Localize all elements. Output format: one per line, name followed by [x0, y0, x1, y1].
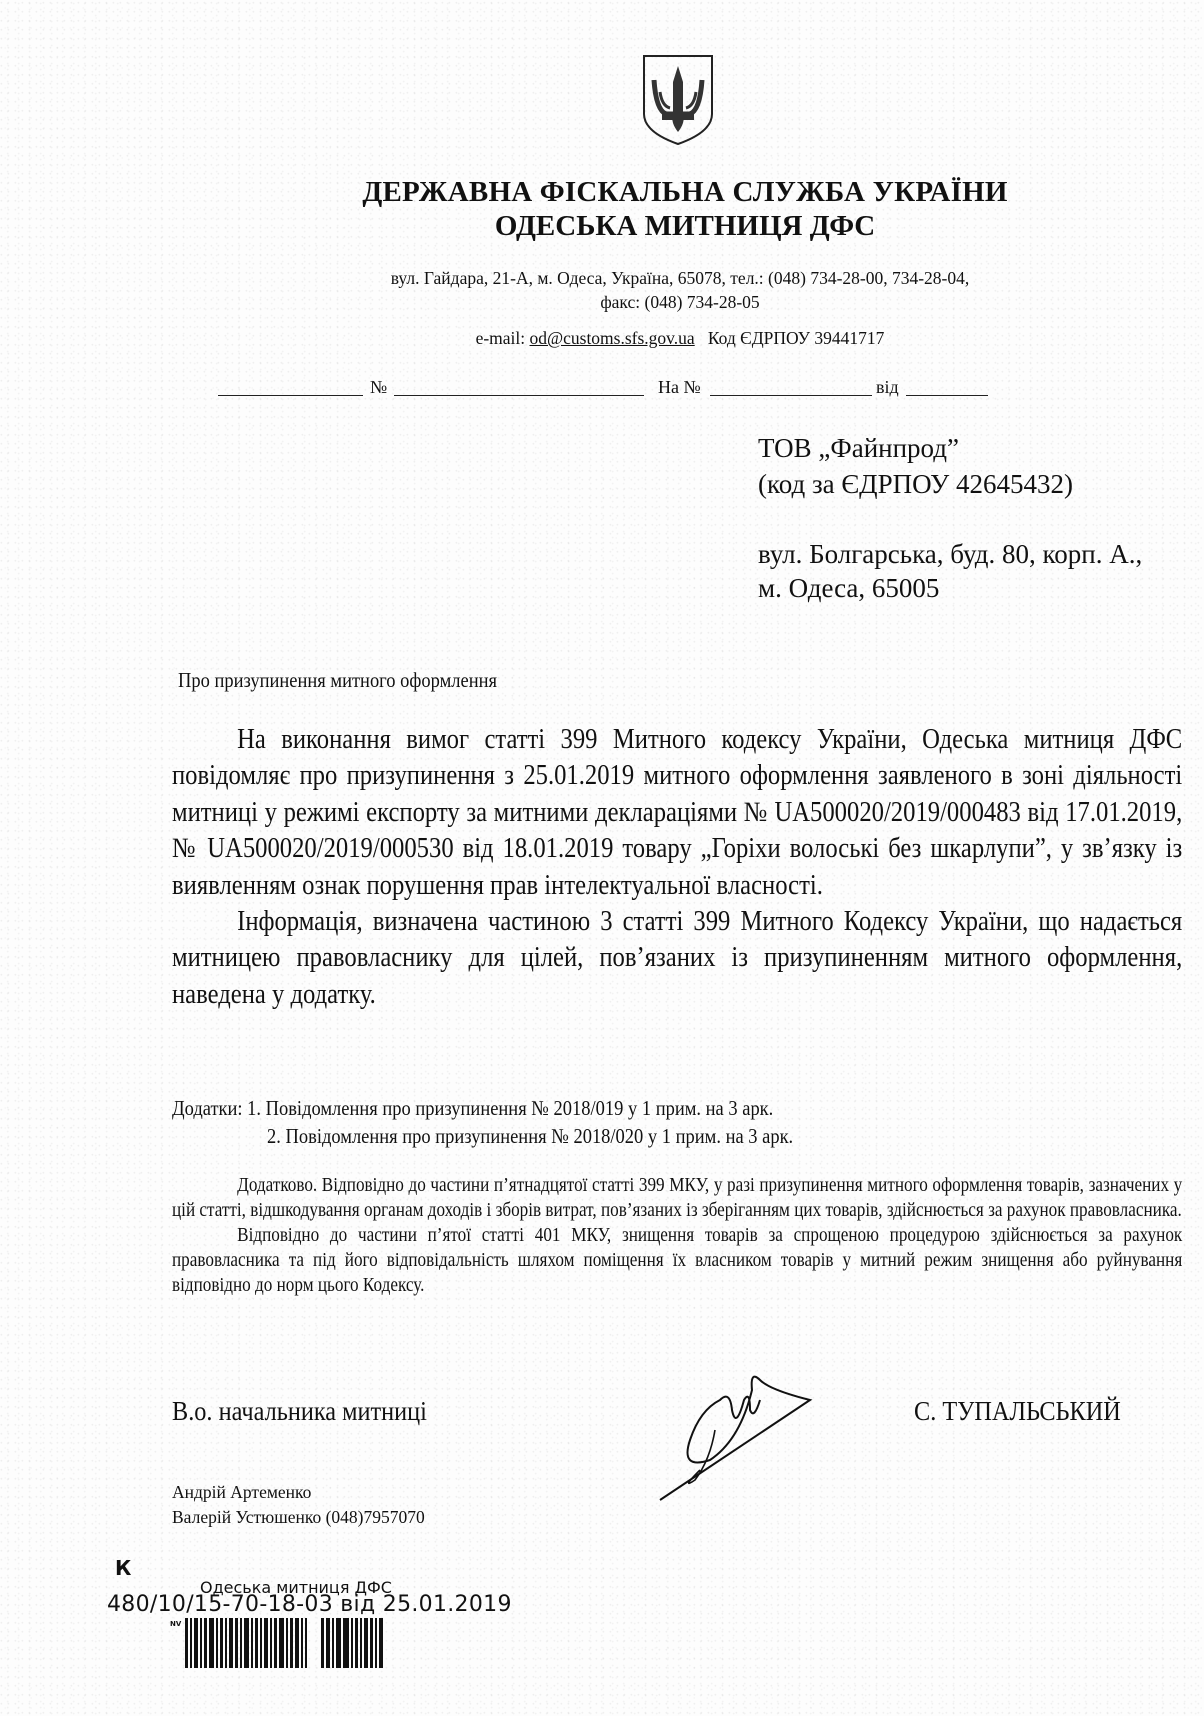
outgoing-number-blank [394, 395, 644, 396]
reference-line: № На № від [218, 374, 988, 402]
email-label: e-mail: [476, 328, 526, 348]
executors: Андрій Артеменко Валерій Устюшенко (048)… [172, 1480, 425, 1530]
recipient-block: ТОВ „Файнпрод” (код за ЄДРПОУ 42645432) [758, 430, 1073, 502]
handwritten-signature-icon [640, 1360, 820, 1510]
note-paragraph-1: Додатково. Відповідно до частини п’ятнад… [172, 1173, 1182, 1223]
ukraine-coat-of-arms-icon [640, 52, 716, 146]
org-fax-line: факс: (048) 734-28-05 [300, 292, 1060, 313]
executor-2: Валерій Устюшенко (048)7957070 [172, 1505, 425, 1530]
stamp-small-label: NV [170, 1620, 181, 1628]
recipient-address: вул. Болгарська, буд. 80, корп. А., м. О… [758, 537, 1142, 605]
additional-note: Додатково. Відповідно до частини п’ятнад… [172, 1173, 1182, 1298]
recipient-name: ТОВ „Файнпрод” [758, 430, 1073, 466]
outgoing-date-blank [218, 395, 363, 396]
attachments-label: Додатки: [172, 1096, 243, 1120]
recipient-address-line2: м. Одеса, 65005 [758, 571, 1142, 605]
org-title-line2: ОДЕСЬКА МИТНИЦЯ ДФС [340, 210, 1030, 243]
org-contact-line: e-mail: od@customs.sfs.gov.ua Код ЄДРПОУ… [300, 328, 1060, 349]
attachment-item-1: Додатки: 1. Повідомлення про призупиненн… [172, 1094, 793, 1122]
registration-number: 480/10/15-70-18-03 від 25.01.2019 [107, 1592, 512, 1617]
recipient-address-line1: вул. Болгарська, буд. 80, корп. А., [758, 537, 1142, 571]
body-paragraph-1: На виконання вимог статті 399 Митного ко… [172, 722, 1182, 904]
letter-body: На виконання вимог статті 399 Митного ко… [172, 722, 1182, 1013]
org-title-line1: ДЕРЖАВНА ФІСКАЛЬНА СЛУЖБА УКРАЇНИ [340, 176, 1030, 209]
recipient-code: (код за ЄДРПОУ 42645432) [758, 466, 1073, 502]
letter-subject: Про призупинення митного оформлення [178, 668, 497, 693]
barcode [185, 1618, 481, 1668]
note-paragraph-2: Відповідно до частини п’ятої статті 401 … [172, 1223, 1182, 1298]
attachments-list: Додатки: 1. Повідомлення про призупиненн… [172, 1094, 878, 1150]
reply-number-blank [710, 395, 872, 396]
control-mark: К [115, 1556, 131, 1580]
org-edrpou: Код ЄДРПОУ 39441717 [708, 328, 885, 348]
email-link[interactable]: od@customs.sfs.gov.ua [530, 328, 695, 348]
signatory-name: С. ТУПАЛЬСЬКИЙ [914, 1396, 1144, 1427]
org-address-line1: вул. Гайдара, 21-А, м. Одеса, Україна, 6… [300, 268, 1060, 289]
attachment-item-2: 2. Повідомлення про призупинення № 2018/… [172, 1122, 793, 1150]
signatory-position: В.о. начальника митниці [172, 1396, 455, 1427]
number-sign: № [370, 377, 387, 398]
executor-1: Андрій Артеменко [172, 1480, 425, 1505]
body-paragraph-2: Інформація, визначена частиною 3 статті … [172, 904, 1182, 1013]
reply-date-blank [906, 395, 988, 396]
reply-date-label: від [876, 377, 899, 398]
reply-to-label: На № [658, 377, 701, 398]
